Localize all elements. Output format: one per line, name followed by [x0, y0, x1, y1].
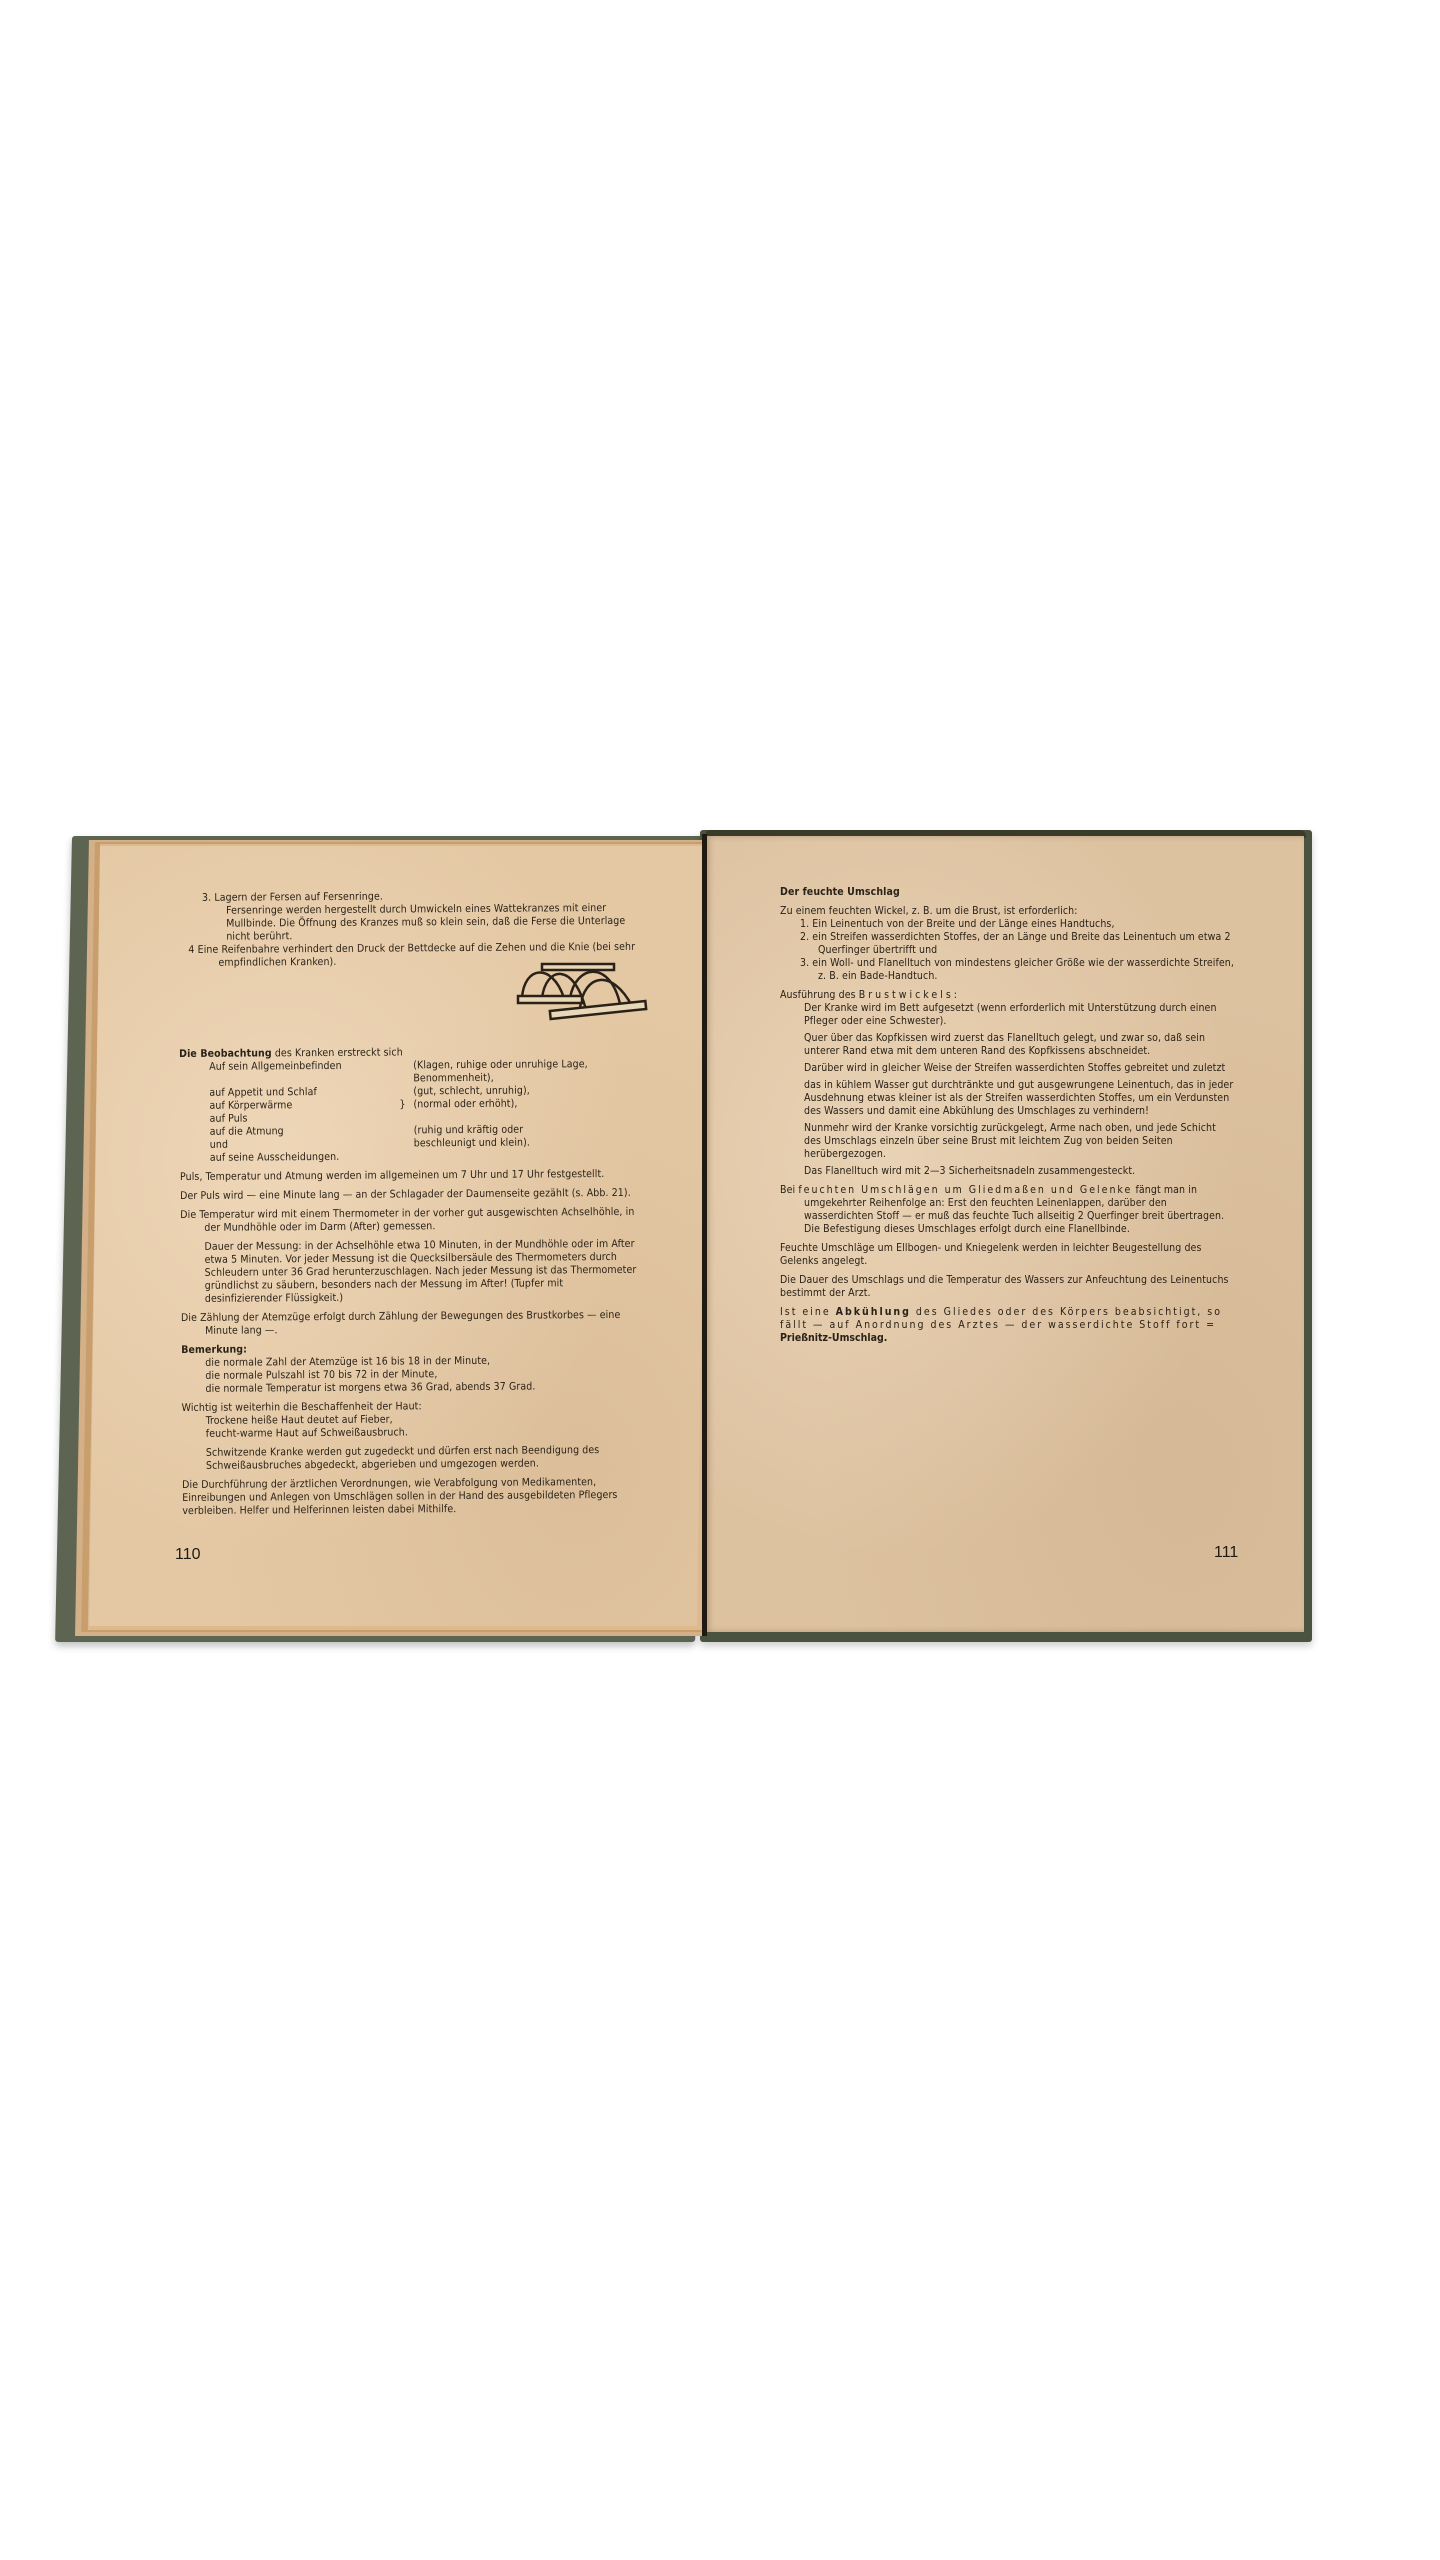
page-number-right: 111 — [1214, 1544, 1238, 1562]
para-breathing: Die Zählung der Atemzüge erfolgt durch Z… — [181, 1309, 641, 1338]
step: Darüber wird in gleicher Weise der Strei… — [780, 1062, 1234, 1075]
section-title: Der feuchte Umschlag — [780, 886, 1234, 899]
intro: Zu einem feuchten Wickel, z. B. um die B… — [780, 905, 1234, 918]
execution-heading: Ausführung des Brustwickels: — [780, 989, 1234, 1002]
step: Quer über das Kopfkissen wird zuerst das… — [780, 1032, 1234, 1058]
para-limbs: Bei feuchten Umschlägen um Gliedmaßen un… — [780, 1184, 1234, 1236]
book-gutter — [702, 834, 707, 1636]
requirement-item: 2. ein Streifen wasserdichten Stoffes, d… — [780, 931, 1234, 957]
step: Nunmehr wird der Kranke vorsichtig zurüc… — [780, 1122, 1234, 1161]
step: das in kühlem Wasser gut durchtränkte un… — [780, 1079, 1234, 1118]
para-temperature: Die Temperatur wird mit einem Thermomete… — [180, 1206, 640, 1235]
para-joints: Feuchte Umschläge um Ellbogen- und Knieg… — [780, 1242, 1234, 1268]
para-sweating: Schwitzende Kranke werden gut zugedeckt … — [182, 1444, 642, 1473]
item3-body: Fersenringe werden hergestellt durch Umw… — [178, 902, 638, 944]
para-cooling: Ist eine Abkühlung des Gliedes oder des … — [780, 1306, 1234, 1345]
observation-table: Auf sein Allgemeinbefinden(Klagen, ruhig… — [179, 1058, 640, 1165]
bed-cradle-illustration — [512, 958, 652, 1022]
para-orders: Die Durchführung der ärztlichen Verordnu… — [182, 1476, 642, 1518]
step: Der Kranke wird im Bett aufgesetzt (wenn… — [780, 1002, 1234, 1028]
para-duration: Die Dauer des Umschlags und die Temperat… — [780, 1274, 1234, 1300]
requirement-item: 1. Ein Leinentuch von der Breite und der… — [780, 918, 1234, 931]
page-number-left: 110 — [175, 1546, 201, 1564]
step: Das Flanelltuch wird mit 2—3 Sicherheits… — [780, 1165, 1234, 1178]
requirement-item: 3. ein Woll- und Flanelltuch von mindest… — [780, 957, 1234, 983]
right-page-text: Der feuchte Umschlag Zu einem feuchten W… — [780, 886, 1234, 1345]
para-duration: Dauer der Messung: in der Achselhöhle et… — [180, 1238, 640, 1306]
open-book: 3. Lagern der Fersen auf Fersenringe. Fe… — [0, 0, 1440, 2560]
